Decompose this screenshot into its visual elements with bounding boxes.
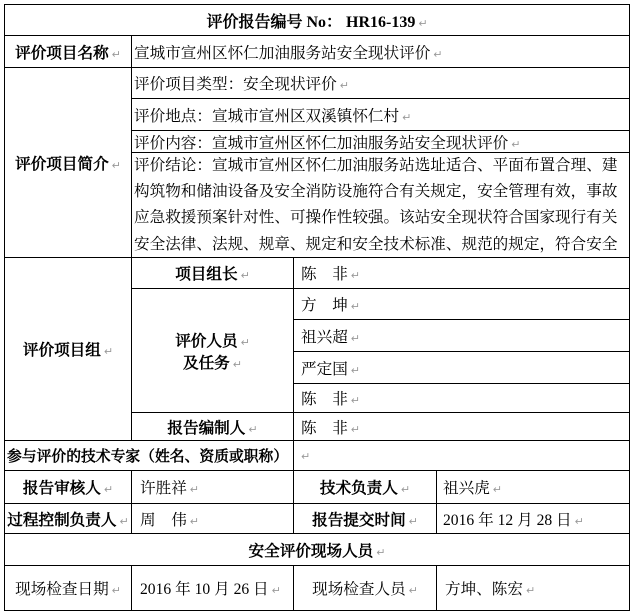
team-member-row: 严定国 bbox=[293, 351, 630, 384]
team-leader-label: 项目组长 bbox=[131, 257, 294, 289]
team-members-label: 评价人员 及任务 bbox=[131, 288, 294, 413]
inspect-date-value: 2016 年 10 月 26 日 bbox=[131, 565, 294, 611]
project-brief-label: 评价项目简介 bbox=[4, 67, 132, 258]
brief-conclusion-cell: 评价结论：宣城市宣州区怀仁加油服务站选址适合、平面布置合理、建构筑物和储油设备及… bbox=[131, 152, 630, 258]
team-member-row: 陈 非 bbox=[293, 383, 630, 413]
brief-location-cell: 评价地点：宣城市宣州区双溪镇怀仁村 bbox=[131, 98, 630, 131]
brief-type-cell: 评价项目类型：安全现状评价 bbox=[131, 67, 630, 99]
team-member-row: 祖兴超 bbox=[293, 319, 630, 352]
report-number-cell: 评价报告编号 No： HR16-139 bbox=[4, 4, 630, 36]
project-name-label: 评价项目名称 bbox=[4, 35, 132, 68]
reviewer-label: 报告审核人 bbox=[4, 470, 132, 504]
tech-lead-value: 祖兴虎 bbox=[436, 470, 630, 504]
submit-time-value: 2016 年 12 月 28 日 bbox=[436, 503, 630, 534]
team-member-row: 方 坤 bbox=[293, 288, 630, 320]
inspect-date-label: 现场检查日期 bbox=[4, 565, 132, 611]
experts-value bbox=[293, 440, 630, 471]
submit-time-label: 报告提交时间 bbox=[293, 503, 437, 534]
process-control-value: 周 伟 bbox=[131, 503, 294, 534]
brief-conclusion-text: 评价结论：宣城市宣州区怀仁加油服务站选址适合、平面布置合理、建构筑物和储油设备及… bbox=[132, 153, 629, 258]
report-cover-table: 评价报告编号 No： HR16-139 评价项目名称 宣城市宣州区怀仁加油服务站… bbox=[0, 0, 633, 612]
reviewer-value: 许胜祥 bbox=[131, 470, 294, 504]
tech-lead-label: 技术负责人 bbox=[293, 470, 437, 504]
brief-content-cell: 评价内容：宣城市宣州区怀仁加油服务站安全现状评价 bbox=[131, 130, 630, 153]
project-name-value: 宣城市宣州区怀仁加油服务站安全现状评价 bbox=[131, 35, 630, 68]
report-number-text: 评价报告编号 No： HR16-139 bbox=[206, 9, 427, 32]
project-team-label: 评价项目组 bbox=[4, 257, 132, 441]
site-personnel-header: 安全评价现场人员 bbox=[4, 533, 630, 566]
team-leader-value: 陈 非 bbox=[293, 257, 630, 289]
report-compiler-value: 陈 非 bbox=[293, 412, 630, 441]
experts-label: 参与评价的技术专家（姓名、资质或职称） bbox=[4, 440, 294, 471]
report-compiler-label: 报告编制人 bbox=[131, 412, 294, 441]
inspect-staff-label: 现场检查人员 bbox=[293, 565, 437, 611]
inspect-staff-value: 方坤、陈宏 bbox=[436, 565, 630, 611]
process-control-label: 过程控制负责人 bbox=[4, 503, 132, 534]
